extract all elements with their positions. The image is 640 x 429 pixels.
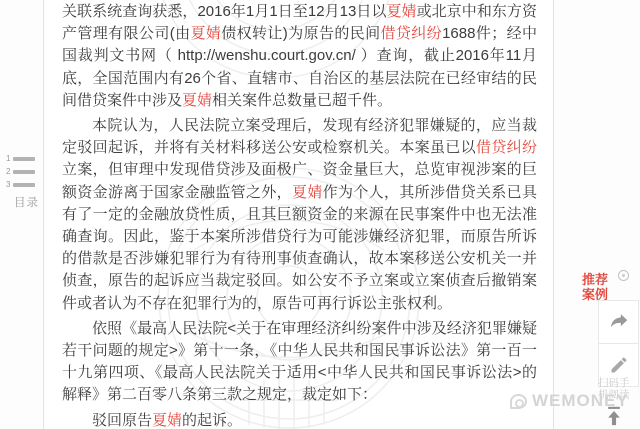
toc-number: 3 — [6, 181, 13, 189]
toolbox — [598, 300, 639, 387]
text-run: 关联系统查询获悉，2016年1月1日至12月13日以 — [62, 3, 387, 20]
toc-label: 目录 — [14, 194, 42, 210]
keyword-link[interactable]: 借贷纠纷 — [381, 25, 443, 42]
keyword-link[interactable]: 夏婧 — [387, 3, 417, 20]
scan-qr-hint: 扫码手机阅读 — [598, 377, 634, 401]
paragraph: 驳回原告夏婧的起诉。 — [62, 410, 537, 429]
left-rail: 1 2 3 目录 — [0, 0, 43, 429]
arrow-up-to-top-icon — [604, 405, 624, 427]
text-run: 债权转让)为原告的民间 — [221, 25, 380, 42]
paragraph: 依照《最高人民法院<关于在审理经济纠纷案件中涉及经济犯罪嫌疑若干问题的规定>》第… — [62, 318, 537, 407]
toc-line — [13, 157, 35, 161]
back-to-top-button[interactable] — [602, 404, 626, 428]
right-rail: 推荐案例 扫码手机阅读 — [554, 0, 640, 429]
toc-line — [13, 183, 35, 187]
share-forward-icon — [608, 311, 630, 333]
numbered-list-icon: 3 — [6, 181, 42, 189]
article-body: 关联系统查询获悉，2016年1月1日至12月13日以夏婧或北京中和东方资产管理有… — [44, 0, 553, 429]
text-run: 驳回原告 — [92, 412, 152, 429]
toc-number: 2 — [6, 168, 13, 176]
share-button[interactable] — [599, 301, 638, 343]
table-of-contents-button[interactable]: 1 2 3 目录 — [6, 155, 42, 210]
paragraph: 关联系统查询获悉，2016年1月1日至12月13日以夏婧或北京中和东方资产管理有… — [62, 1, 537, 112]
keyword-link[interactable]: 夏婧 — [292, 184, 323, 201]
text-run: 作为个人，其所涉借贷关系已具有了一定的金融放贷性质，且其巨额资金的来源在民事案件… — [62, 184, 537, 312]
toc-line — [13, 170, 35, 174]
keyword-link[interactable]: 借贷纠纷 — [476, 139, 537, 156]
recommended-cases-link[interactable]: 推荐案例 — [582, 272, 612, 302]
toc-number: 1 — [6, 155, 13, 163]
keyword-link[interactable]: 夏婧 — [190, 25, 221, 42]
numbered-list-icon: 1 — [6, 155, 42, 163]
text-run: 的起诉。 — [182, 412, 242, 429]
text-run: 依照《最高人民法院<关于在审理经济纠纷案件中涉及经济犯罪嫌疑若干问题的规定>》第… — [62, 320, 537, 404]
text-run: 本院认为，人民法院立案受理后，发现有经济犯罪嫌疑的，应当裁定驳回起诉，并将有关材… — [62, 117, 537, 156]
document-panel: 关联系统查询获悉，2016年1月1日至12月13日以夏婧或北京中和东方资产管理有… — [43, 0, 554, 429]
pencil-icon — [609, 355, 629, 375]
paragraph: 本院认为，人民法院立案受理后，发现有经济犯罪嫌疑的，应当裁定驳回起诉，并将有关材… — [62, 115, 537, 315]
info-badge-icon[interactable] — [618, 270, 629, 281]
keyword-link[interactable]: 夏婧 — [182, 92, 212, 109]
keyword-link[interactable]: 夏婧 — [152, 412, 182, 429]
numbered-list-icon: 2 — [6, 168, 42, 176]
text-run: 相关案件总数量已超千件。 — [212, 92, 392, 109]
